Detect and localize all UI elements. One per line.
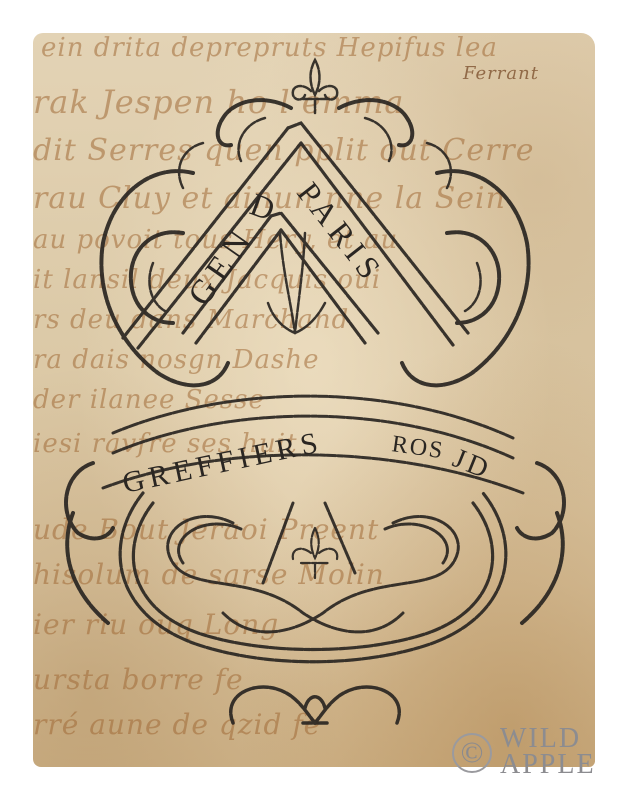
stamp-seal: GEN D PARIS GREFFIERS ROS JD (33, 33, 595, 767)
stamp-text-ros: ROS (390, 431, 446, 464)
stamp-lettering: GEN D PARIS GREFFIERS ROS JD (120, 175, 497, 500)
copyright-icon: © (452, 733, 492, 773)
fleur-de-lis-center-icon (293, 528, 338, 578)
stamp-text-greffiers: GREFFIERS (120, 425, 326, 500)
stamp-text-gen: GEN (181, 219, 262, 312)
parchment-paper: ein drita deprepruts Hepifus lea Ferrant… (33, 33, 595, 767)
stamp-text-d: D (246, 186, 280, 228)
wild-apple-watermark: © WILD APPLE (452, 725, 602, 785)
fleur-de-lis-top-icon (293, 60, 337, 113)
watermark-line-2: APPLE (500, 751, 596, 779)
